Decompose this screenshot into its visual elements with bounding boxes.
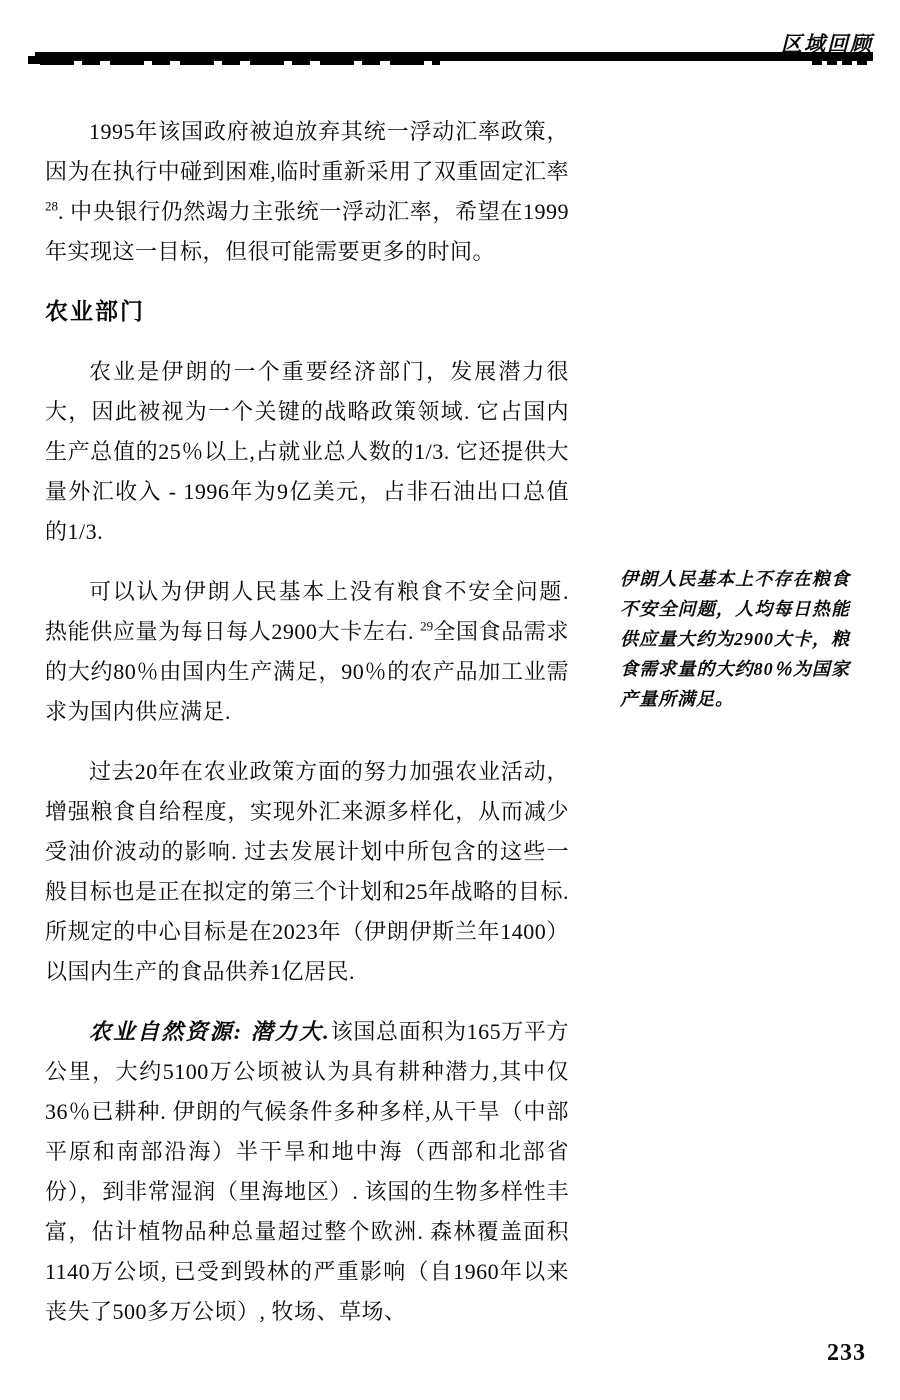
footnote-reference-28: 28: [45, 199, 58, 214]
paragraph-food-security: 可以认为伊朗人民基本上没有粮食不安全问题. 热能供应量为每日每人2900大卡左右…: [45, 572, 569, 732]
margin-note: 伊朗人民基本上不存在粮食不安全问题，人均每日热能供应量大约为2900大卡，粮食需…: [620, 564, 850, 714]
paragraph-text: 1995年该国政府被迫放弃其统一浮动汇率政策，因为在执行中碰到困难,临时重新采用…: [45, 119, 569, 184]
scanned-page: 区域回顾 1995年该国政府被迫放弃其统一浮动汇率政策，因为在执行中碰到困难,临…: [0, 0, 900, 1400]
section-heading-agriculture: 农业部门: [45, 292, 569, 332]
scan-artifact: [40, 60, 440, 65]
footnote-reference-29: 29: [420, 619, 433, 634]
page-number: 233: [827, 1340, 866, 1367]
paragraph-exchange-rate: 1995年该国政府被迫放弃其统一浮动汇率政策，因为在执行中碰到困难,临时重新采用…: [45, 112, 569, 272]
main-text-column: 1995年该国政府被迫放弃其统一浮动汇率政策，因为在执行中碰到困难,临时重新采用…: [45, 100, 569, 1352]
paragraph-policy-goals: 过去20年在农业政策方面的努力加强农业活动，增强粮食自给程度，实现外汇来源多样化…: [45, 752, 569, 992]
paragraph-text: 该国总面积为165万平方公里，大约5100万公顷被认为具有耕种潜力,其中仅36％…: [45, 1019, 569, 1324]
paragraph-text: . 中央银行仍然竭力主张统一浮动汇率，希望在1999年实现这一目标，但很可能需要…: [45, 199, 569, 264]
run-in-heading-natural-resources: 农业自然资源: 潜力大.: [89, 1019, 331, 1044]
scan-artifact: [812, 61, 870, 65]
paragraph-natural-resources: 农业自然资源: 潜力大.该国总面积为165万平方公里，大约5100万公顷被认为具…: [45, 1012, 569, 1332]
paragraph-agriculture-overview: 农业是伊朗的一个重要经济部门，发展潜力很大，因此被视为一个关键的战略政策领域. …: [45, 352, 569, 552]
